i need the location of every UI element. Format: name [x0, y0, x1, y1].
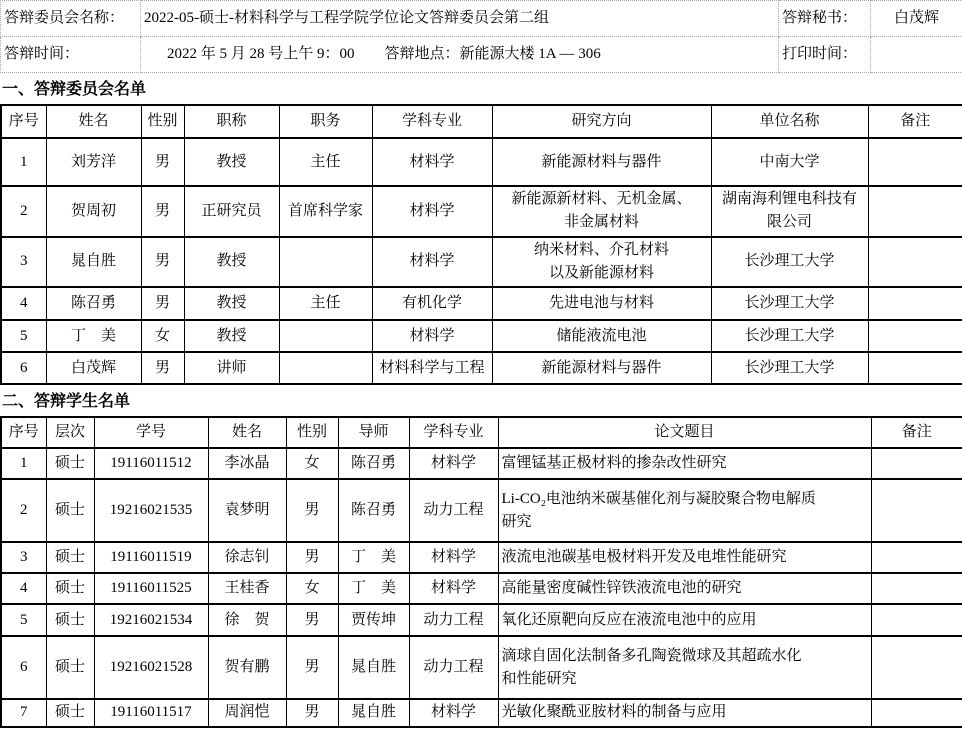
table-cell: 男	[141, 237, 184, 288]
table-cell: 储能液流电池	[492, 320, 711, 352]
table-cell: 1	[1, 448, 46, 479]
table-cell: 晁自胜	[46, 237, 141, 288]
table-cell	[868, 352, 962, 384]
column-header: 学科专业	[409, 417, 498, 448]
table-row: 6白茂辉男讲师材料科学与工程新能源材料与器件长沙理工大学	[1, 352, 962, 384]
table-cell	[279, 237, 372, 288]
table-cell: 硕士	[46, 542, 94, 573]
table-cell	[871, 699, 962, 726]
secretary-label: 答辩秘书：	[779, 1, 871, 37]
table-cell: 李冰晶	[208, 448, 286, 479]
table-row: 6硕士19216021528贺有鹏男晁自胜动力工程滴球自固化法制备多孔陶瓷微球及…	[1, 636, 962, 699]
table-cell: 硕士	[46, 604, 94, 636]
table-cell: 新能源材料与器件	[492, 138, 711, 186]
table-cell: 晁自胜	[338, 636, 409, 699]
info-row-2: 答辩时间： 2022 年 5 月 28 号上午 9：00 答辩地点：新能源大楼 …	[1, 37, 962, 73]
table-cell: 3	[1, 237, 46, 288]
table-cell: 丁 美	[338, 542, 409, 573]
table-cell	[868, 138, 962, 186]
table-cell: 湖南海利锂电科技有 限公司	[711, 186, 868, 237]
table-row: 2贺周初男正研究员首席科学家材料学新能源新材料、无机金属、 非金属材料湖南海利锂…	[1, 186, 962, 237]
table-cell	[871, 604, 962, 636]
table-cell: 新能源新材料、无机金属、 非金属材料	[492, 186, 711, 237]
table-cell: 1	[1, 138, 46, 186]
table-cell: 4	[1, 287, 46, 320]
table-cell: 贺周初	[46, 186, 141, 237]
table-cell: 高能量密度碱性锌铁液流电池的研究	[498, 573, 871, 604]
table-cell: 丁 美	[338, 573, 409, 604]
header-row: 序号层次学号姓名性别导师学科专业论文题目备注	[1, 417, 962, 448]
table-cell: 徐 贺	[208, 604, 286, 636]
table-cell: 液流电池碳基电极材料开发及电堆性能研究	[498, 542, 871, 573]
table-cell: 王桂香	[208, 573, 286, 604]
table-cell: 7	[1, 699, 46, 726]
table-cell	[279, 352, 372, 384]
table-cell: 6	[1, 636, 46, 699]
table-row: 7硕士19116011517周润恺男晁自胜材料学光敏化聚酰亚胺材料的制备与应用	[1, 699, 962, 726]
table-cell: 陈召勇	[338, 448, 409, 479]
table-cell: 2	[1, 186, 46, 237]
defense-time-label: 答辩时间：	[1, 37, 141, 73]
table-cell: 长沙理工大学	[711, 287, 868, 320]
column-header: 姓名	[46, 105, 141, 138]
table-cell	[871, 573, 962, 604]
table-cell: 光敏化聚酰亚胺材料的制备与应用	[498, 699, 871, 726]
table-cell: 男	[286, 604, 338, 636]
secretary-value: 白茂辉	[871, 1, 962, 37]
column-header: 论文题目	[498, 417, 871, 448]
defense-time-and-location-value: 2022 年 5 月 28 号上午 9：00 答辩地点：新能源大楼 1A — 3…	[141, 37, 779, 73]
table-cell: 男	[141, 138, 184, 186]
table-cell: 有机化学	[372, 287, 492, 320]
table-cell: 徐志钊	[208, 542, 286, 573]
table-row: 3晁自胜男教授材料学纳米材料、介孔材料 以及新能源材料长沙理工大学	[1, 237, 962, 288]
table-row: 5硕士19216021534徐 贺男贾传坤动力工程氧化还原靶向反应在液流电池中的…	[1, 604, 962, 636]
table-cell: 纳米材料、介孔材料 以及新能源材料	[492, 237, 711, 288]
table-cell: 5	[1, 604, 46, 636]
table-cell: 材料学	[372, 237, 492, 288]
column-header: 职务	[279, 105, 372, 138]
table-cell: 19116011512	[94, 448, 208, 479]
table-cell: 女	[286, 573, 338, 604]
table-cell: 3	[1, 542, 46, 573]
table-cell: Li-CO₂电池纳米碳基催化剂与凝胶聚合物电解质 研究	[498, 479, 871, 542]
table-cell: 硕士	[46, 636, 94, 699]
column-header: 单位名称	[711, 105, 868, 138]
table-cell: 新能源材料与器件	[492, 352, 711, 384]
committee-name-label: 答辩委员会名称：	[1, 1, 141, 37]
table-cell: 硕士	[46, 699, 94, 726]
table-cell: 女	[286, 448, 338, 479]
table-cell: 长沙理工大学	[711, 237, 868, 288]
table-cell: 教授	[184, 320, 279, 352]
column-header: 序号	[1, 105, 46, 138]
table-cell: 材料学	[409, 573, 498, 604]
table-cell: 正研究员	[184, 186, 279, 237]
column-header: 性别	[141, 105, 184, 138]
table-cell: 教授	[184, 237, 279, 288]
print-time-label: 打印时间：	[779, 37, 871, 73]
table-cell: 先进电池与材料	[492, 287, 711, 320]
column-header: 姓名	[208, 417, 286, 448]
table-cell: 4	[1, 573, 46, 604]
committee-table: 序号姓名性别职称职务学科专业研究方向单位名称备注1刘芳洋男教授主任材料学新能源材…	[0, 104, 962, 385]
table-cell: 动力工程	[409, 604, 498, 636]
table-cell	[871, 636, 962, 699]
table-cell: 硕士	[46, 448, 94, 479]
table-cell: 袁梦明	[208, 479, 286, 542]
table-cell: 滴球自固化法制备多孔陶瓷微球及其超疏水化 和性能研究	[498, 636, 871, 699]
table-cell: 19116011525	[94, 573, 208, 604]
info-table: 答辩委员会名称： 2022-05-硕士-材料科学与工程学院学位论文答辩委员会第二…	[0, 0, 962, 73]
table-cell: 男	[141, 186, 184, 237]
table-cell: 19116011519	[94, 542, 208, 573]
column-header: 层次	[46, 417, 94, 448]
students-section-title: 二、答辩学生名单	[0, 385, 962, 416]
info-row-1: 答辩委员会名称： 2022-05-硕士-材料科学与工程学院学位论文答辩委员会第二…	[1, 1, 962, 37]
table-cell: 男	[286, 636, 338, 699]
table-cell: 长沙理工大学	[711, 352, 868, 384]
table-cell: 材料科学与工程	[372, 352, 492, 384]
table-cell	[868, 186, 962, 237]
table-cell: 硕士	[46, 573, 94, 604]
table-cell: 动力工程	[409, 636, 498, 699]
table-cell	[871, 479, 962, 542]
table-cell: 材料学	[372, 320, 492, 352]
table-cell: 陈召勇	[338, 479, 409, 542]
table-cell: 男	[141, 287, 184, 320]
column-header: 序号	[1, 417, 46, 448]
column-header: 研究方向	[492, 105, 711, 138]
column-header: 学号	[94, 417, 208, 448]
table-cell: 女	[141, 320, 184, 352]
table-cell: 材料学	[409, 542, 498, 573]
table-cell: 材料学	[372, 138, 492, 186]
table-row: 1刘芳洋男教授主任材料学新能源材料与器件中南大学	[1, 138, 962, 186]
table-cell: 贺有鹏	[208, 636, 286, 699]
table-cell: 长沙理工大学	[711, 320, 868, 352]
table-cell	[868, 320, 962, 352]
table-cell: 2	[1, 479, 46, 542]
table-cell: 中南大学	[711, 138, 868, 186]
table-cell	[868, 287, 962, 320]
table-cell: 讲师	[184, 352, 279, 384]
table-cell: 19216021528	[94, 636, 208, 699]
table-cell: 主任	[279, 287, 372, 320]
table-cell: 贾传坤	[338, 604, 409, 636]
table-cell	[871, 542, 962, 573]
table-cell: 材料学	[409, 699, 498, 726]
table-cell: 教授	[184, 138, 279, 186]
column-header: 职称	[184, 105, 279, 138]
table-cell: 5	[1, 320, 46, 352]
table-cell: 动力工程	[409, 479, 498, 542]
table-cell: 富锂锰基正极材料的掺杂改性研究	[498, 448, 871, 479]
table-cell: 男	[286, 479, 338, 542]
table-cell: 材料学	[409, 448, 498, 479]
table-cell	[868, 237, 962, 288]
print-time-value	[871, 37, 962, 73]
table-cell: 教授	[184, 287, 279, 320]
table-cell	[871, 448, 962, 479]
table-row: 1硕士19116011512李冰晶女陈召勇材料学富锂锰基正极材料的掺杂改性研究	[1, 448, 962, 479]
table-cell: 白茂辉	[46, 352, 141, 384]
table-cell: 丁 美	[46, 320, 141, 352]
table-cell: 材料学	[372, 186, 492, 237]
table-cell: 主任	[279, 138, 372, 186]
table-row: 5丁 美女教授材料学储能液流电池长沙理工大学	[1, 320, 962, 352]
table-cell	[279, 320, 372, 352]
students-table: 序号层次学号姓名性别导师学科专业论文题目备注1硕士19116011512李冰晶女…	[0, 416, 962, 727]
committee-name-value: 2022-05-硕士-材料科学与工程学院学位论文答辩委员会第二组	[141, 1, 779, 37]
table-cell: 19216021535	[94, 479, 208, 542]
column-header: 导师	[338, 417, 409, 448]
table-cell: 19116011517	[94, 699, 208, 726]
table-row: 4陈召勇男教授主任有机化学先进电池与材料长沙理工大学	[1, 287, 962, 320]
document-page: 答辩委员会名称： 2022-05-硕士-材料科学与工程学院学位论文答辩委员会第二…	[0, 0, 962, 749]
column-header: 性别	[286, 417, 338, 448]
table-cell: 男	[141, 352, 184, 384]
column-header: 备注	[868, 105, 962, 138]
committee-section-title: 一、答辩委员会名单	[0, 73, 962, 104]
table-cell: 陈召勇	[46, 287, 141, 320]
table-cell: 刘芳洋	[46, 138, 141, 186]
table-cell: 男	[286, 699, 338, 726]
table-cell: 首席科学家	[279, 186, 372, 237]
table-row: 4硕士19116011525王桂香女丁 美材料学高能量密度碱性锌铁液流电池的研究	[1, 573, 962, 604]
table-row: 2硕士19216021535袁梦明男陈召勇动力工程Li-CO₂电池纳米碳基催化剂…	[1, 479, 962, 542]
header-row: 序号姓名性别职称职务学科专业研究方向单位名称备注	[1, 105, 962, 138]
table-row: 3硕士19116011519徐志钊男丁 美材料学液流电池碳基电极材料开发及电堆性…	[1, 542, 962, 573]
table-cell: 6	[1, 352, 46, 384]
table-cell: 周润恺	[208, 699, 286, 726]
table-cell: 19216021534	[94, 604, 208, 636]
table-cell: 男	[286, 542, 338, 573]
column-header: 备注	[871, 417, 962, 448]
table-cell: 氧化还原靶向反应在液流电池中的应用	[498, 604, 871, 636]
table-cell: 硕士	[46, 479, 94, 542]
column-header: 学科专业	[372, 105, 492, 138]
table-cell: 晁自胜	[338, 699, 409, 726]
